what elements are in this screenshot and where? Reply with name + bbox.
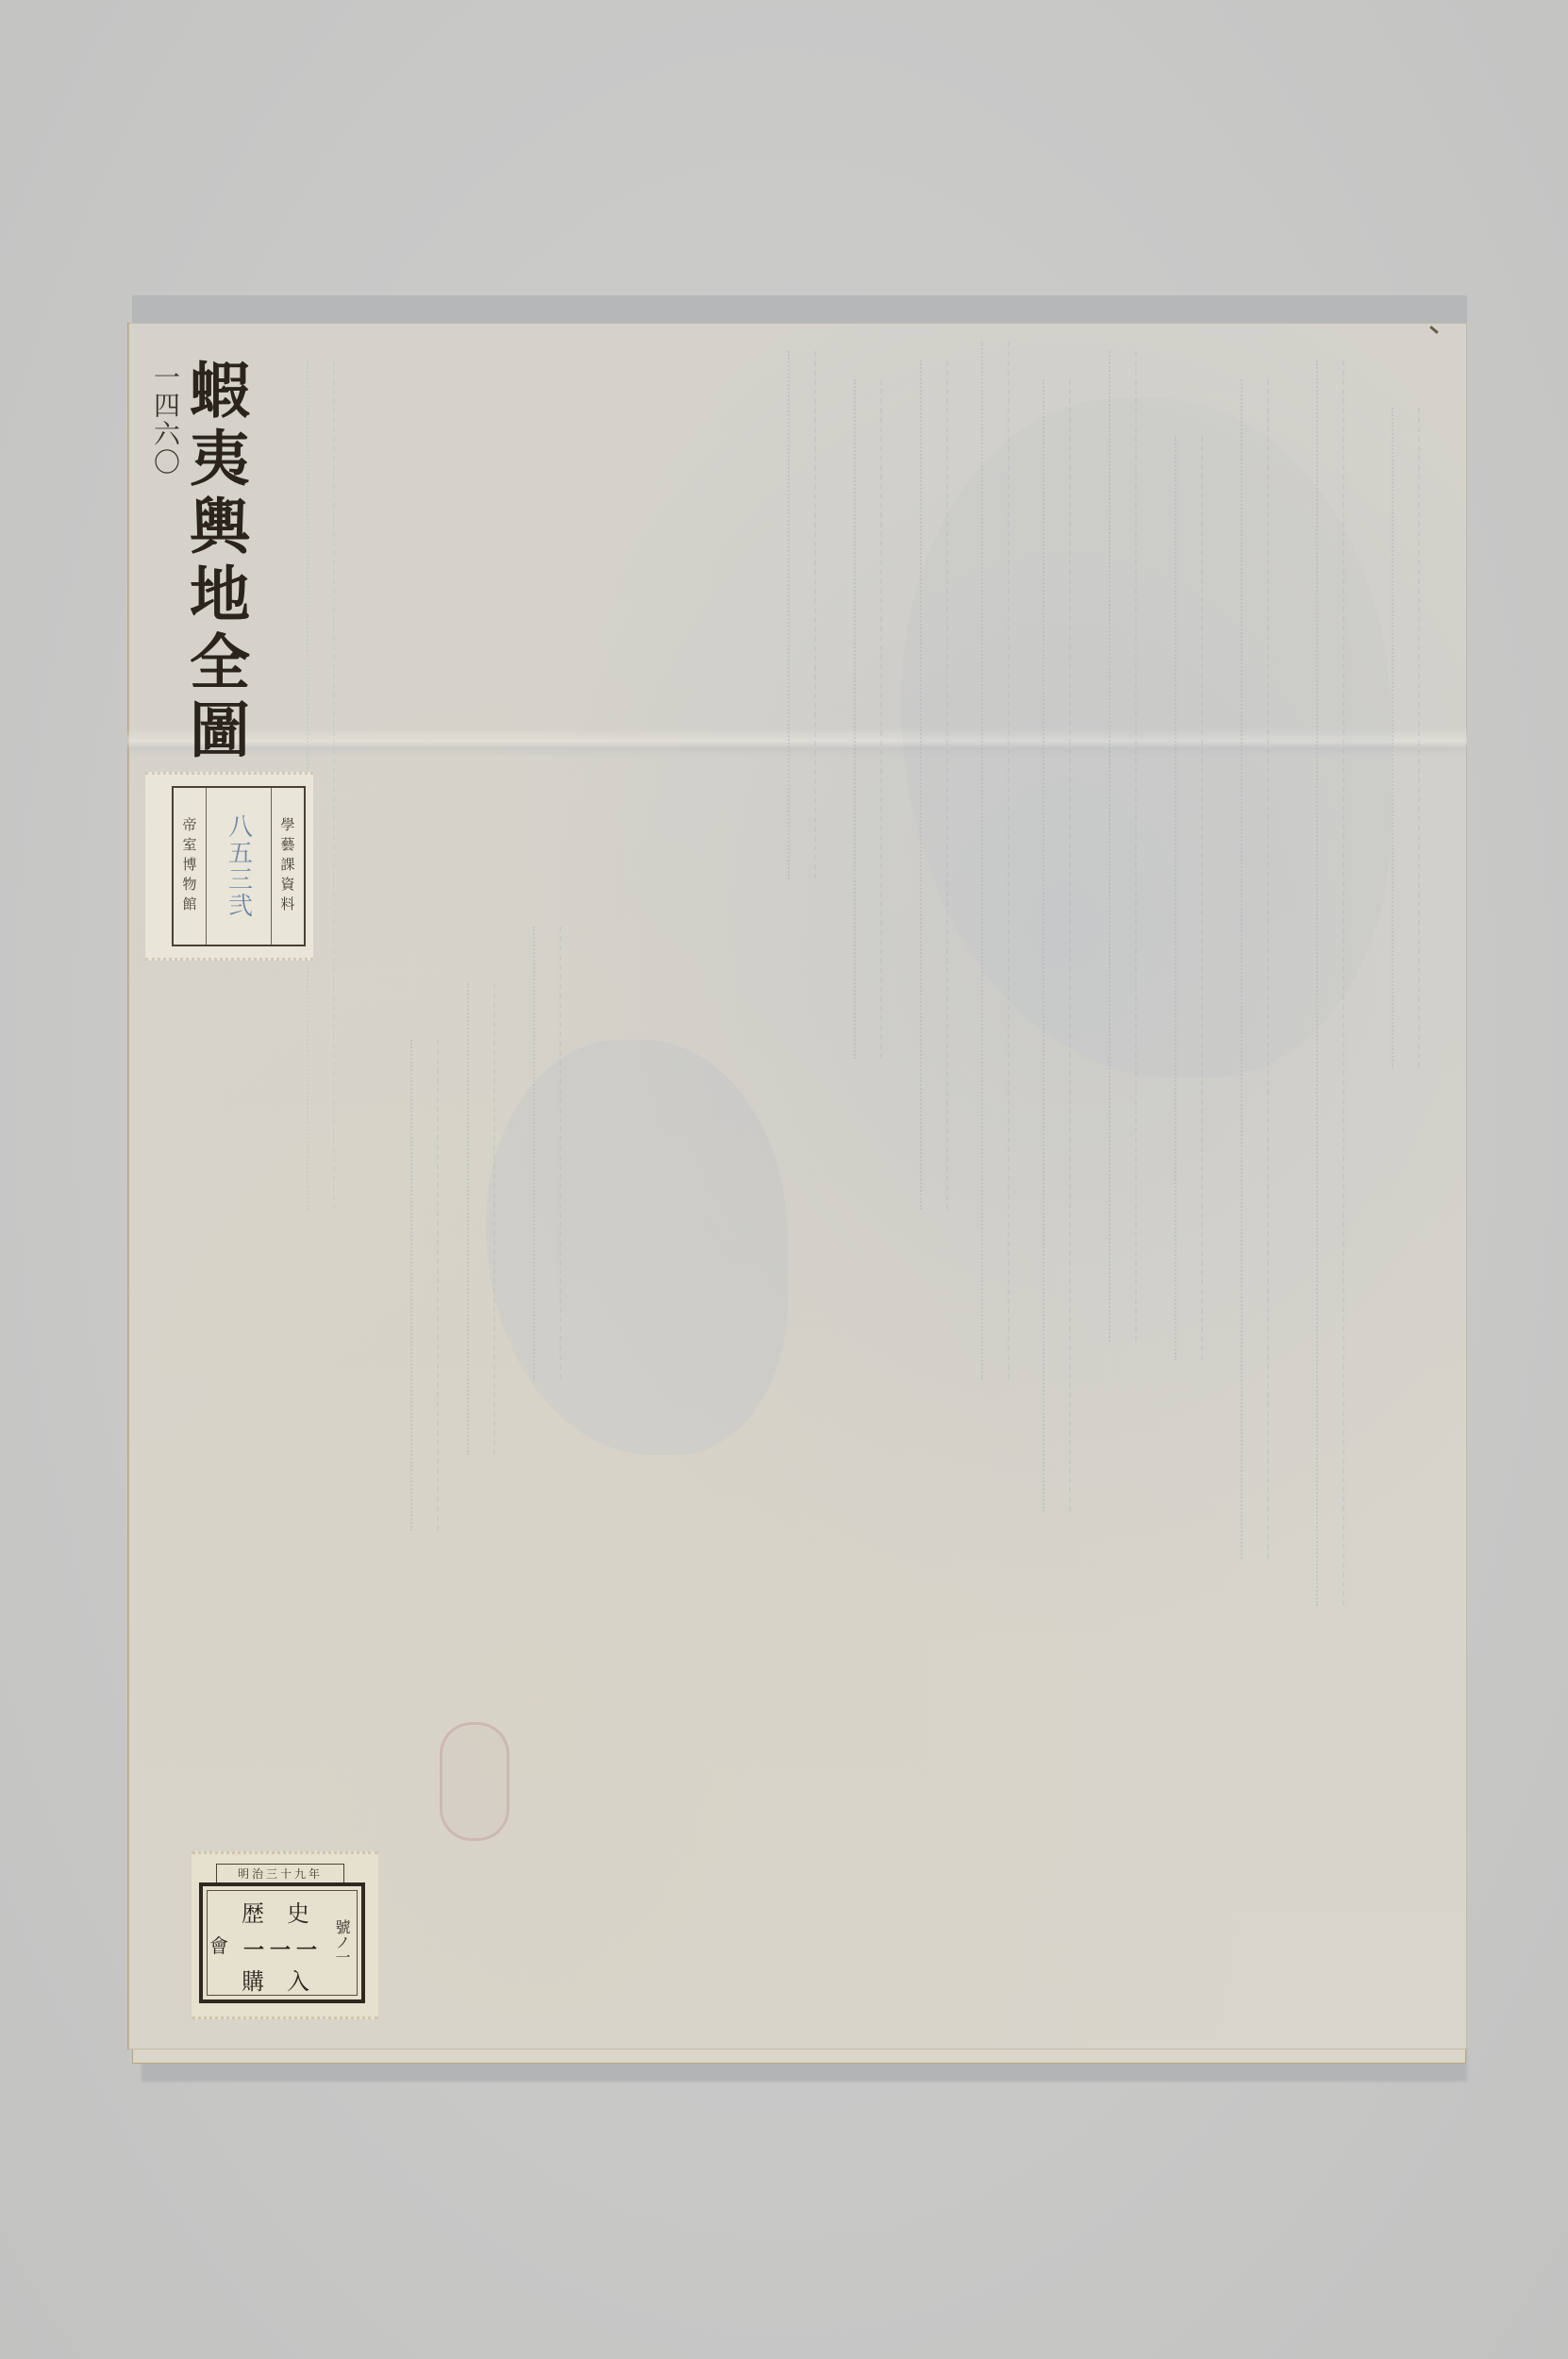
document-title: 蝦夷輿地全圖 [184,359,244,766]
catalog-number: 一四六〇 [146,363,184,477]
purchase-label-frame: 歴 史 會 一一一 號ノ一 購 入 [199,1882,365,2003]
paper-speck [1429,326,1439,334]
label-department: 學藝課資料 [272,788,304,945]
bleed-through-text [1392,408,1420,1068]
bleed-through-map-outline [486,1040,788,1455]
museum-label: 學藝課資料 八五三弐 帝室博物館 [145,772,313,961]
sheet-shadow-top [132,295,1467,326]
folder-cover [127,323,1467,2049]
bleed-through-text [788,351,816,879]
purchase-number: 一一一 [243,1934,323,1964]
purchase-label-inner: 歴 史 會 一一一 號ノ一 購 入 [207,1890,358,1996]
purchase-number-suffix: 號ノ一 [331,1919,353,1965]
purchase-source: 歴 史 [242,1895,309,1928]
bleed-through-text [410,1040,439,1531]
purchase-source-suffix: 會 [209,1931,228,1958]
label-institution: 帝室博物館 [174,788,206,945]
red-seal [440,1722,509,1841]
bleed-through-map-outline [901,398,1392,1078]
bleed-through-text [854,379,882,1059]
purchase-date: 明治三十九年 [216,1864,344,1883]
museum-label-frame: 學藝課資料 八五三弐 帝室博物館 [172,786,306,946]
purchase-label: 明治三十九年 歴 史 會 一一一 號ノ一 購 入 [192,1851,378,2019]
label-inventory-number: 八五三弐 [206,788,272,945]
purchase-type: 購 入 [242,1963,309,1996]
